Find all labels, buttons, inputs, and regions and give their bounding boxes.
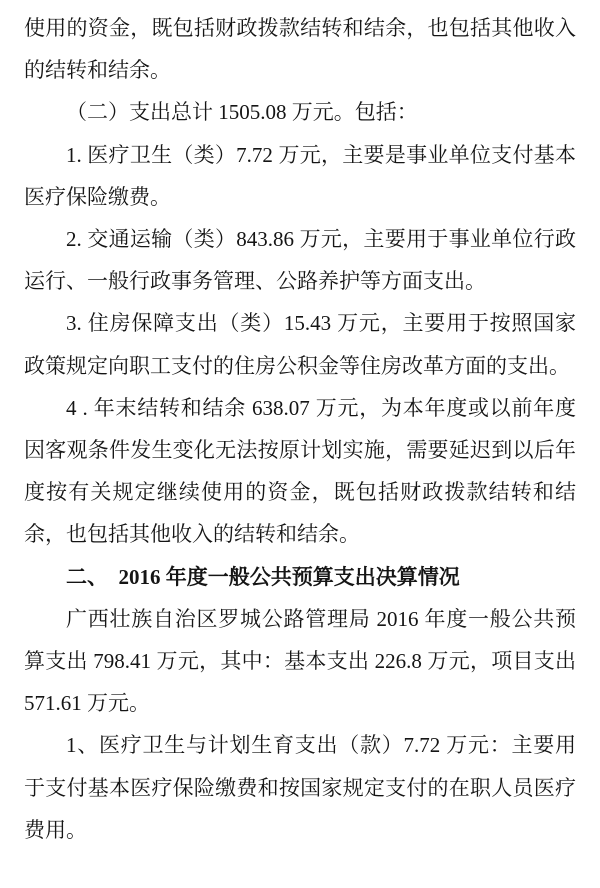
paragraph-funds-carryover-tail: 使用的资金，既包括财政拨款结转和结余，也包括其他收入的结转和结余。 xyxy=(24,7,576,91)
paragraph-sub1-medical-family-planning: 1、医疗卫生与计划生育支出（款）7.72 万元：主要用于支付基本医疗保险缴费和按… xyxy=(24,724,576,851)
paragraph-item4-year-end-carryover: 4 . 年末结转和结余 638.07 万元，为本年度或以前年度因客观条件发生变化… xyxy=(24,387,576,556)
paragraph-budget-expenditure-overview: 广西壮族自治区罗城公路管理局 2016 年度一般公共预算支出 798.41 万元… xyxy=(24,598,576,725)
paragraph-total-expenditure: （二）支出总计 1505.08 万元。包括： xyxy=(24,91,576,133)
section-heading-2016-public-budget-expenditure: 二、 2016 年度一般公共预算支出决算情况 xyxy=(24,556,576,598)
paragraph-item3-housing-security: 3. 住房保障支出（类）15.43 万元，主要用于按照国家政策规定向职工支付的住… xyxy=(24,302,576,386)
document-page: 使用的资金，既包括财政拨款结转和结余，也包括其他收入的结转和结余。 （二）支出总… xyxy=(0,0,600,888)
paragraph-item2-transportation: 2. 交通运输（类）843.86 万元，主要用于事业单位行政运行、一般行政事务管… xyxy=(24,218,576,302)
paragraph-item1-medical-health: 1. 医疗卫生（类）7.72 万元，主要是事业单位支付基本医疗保险缴费。 xyxy=(24,134,576,218)
